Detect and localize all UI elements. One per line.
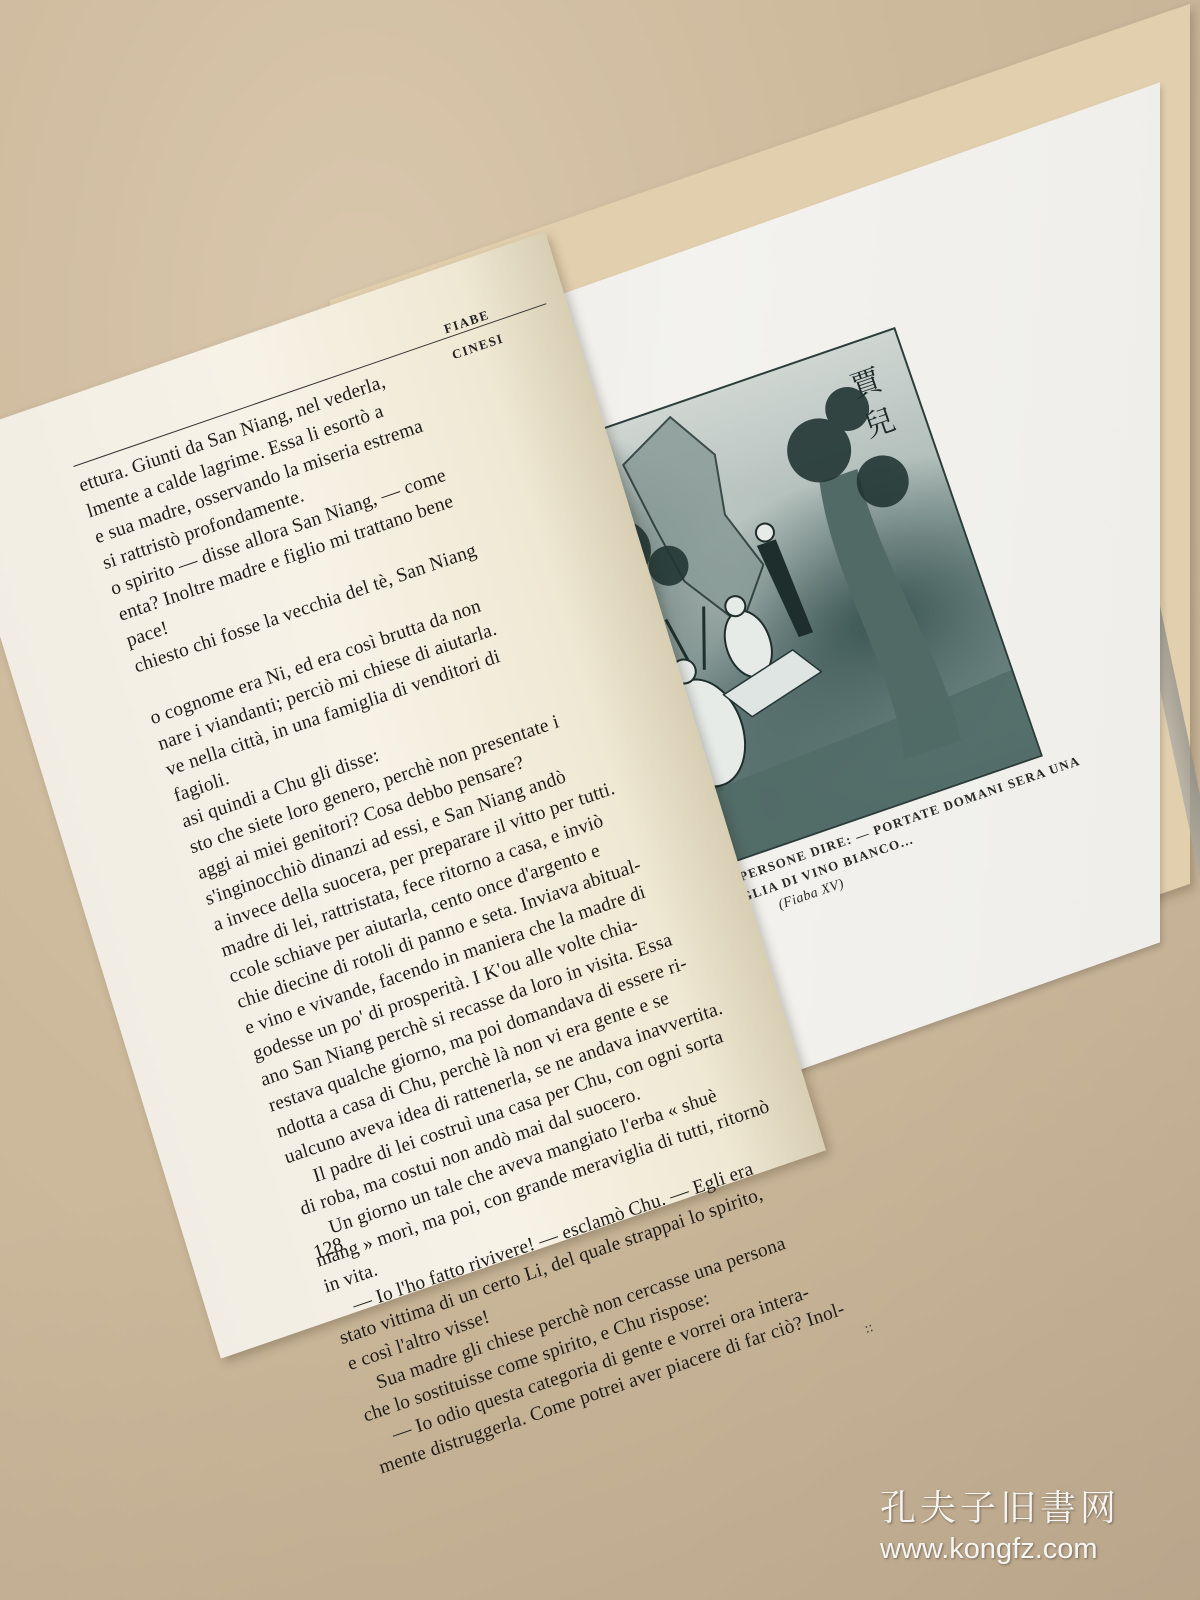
watermark-chinese: 孔夫子旧書网 [880,1480,1120,1531]
watermark: 孔夫子旧書网 www.kongfz.com [880,1480,1120,1566]
watermark-url: www.kongfz.com [880,1533,1120,1566]
